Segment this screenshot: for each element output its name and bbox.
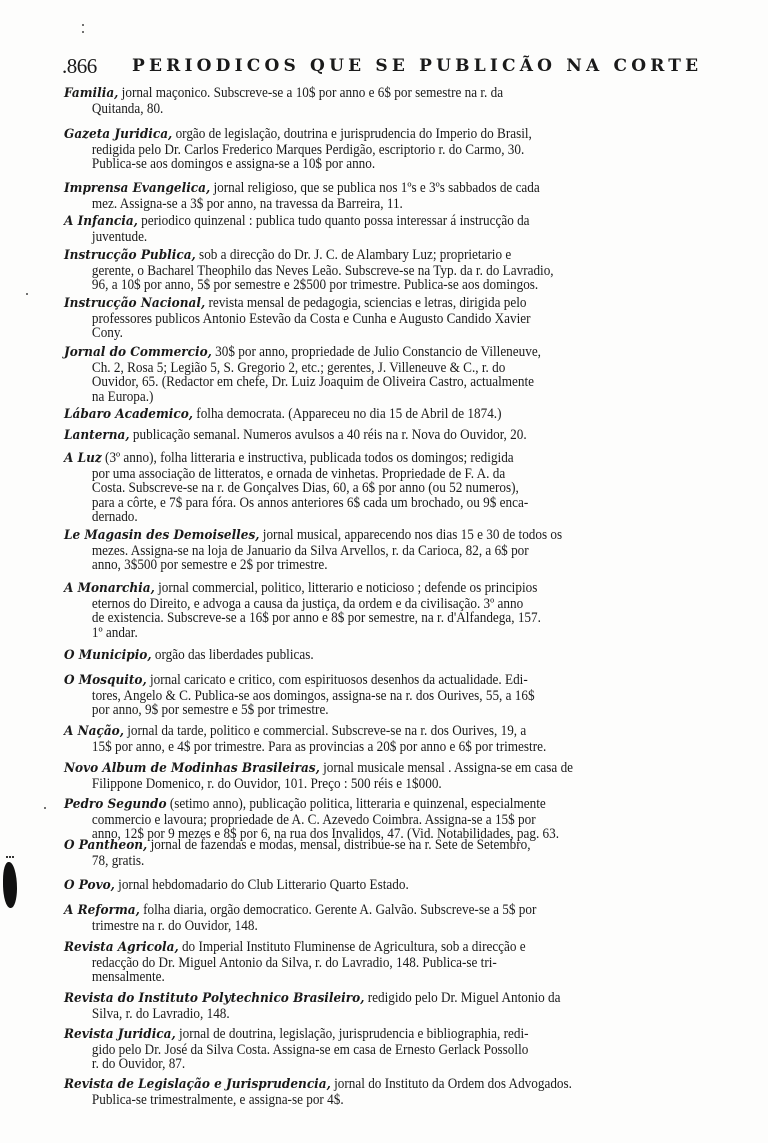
entry-text: mensalmente.	[92, 969, 165, 985]
periodical-title: A Reforma,	[64, 903, 140, 918]
periodical-entry: O Mosquito, jornal caricato e critico, c…	[64, 673, 709, 718]
entry-continuation-line: de existencia. Subscreve-se a 16$ por an…	[64, 611, 709, 626]
scanned-page: .866 PERIODICOS QUE SE PUBLICÃO NA CORTE…	[0, 0, 768, 1143]
entry-text: dernado.	[92, 509, 138, 525]
entry-continuation-line: tores, Angelo & C. Publica-se aos doming…	[64, 689, 709, 704]
periodical-entry: Revista de Legislação e Jurisprudencia, …	[64, 1077, 709, 1107]
entry-text: eternos do Direito, e advoga a causa da …	[92, 596, 523, 612]
entry-first-line: A Reforma, folha diaria, orgão democrati…	[64, 903, 709, 919]
periodical-title: A Monarchia,	[64, 581, 155, 596]
entry-continuation-line: 1º andar.	[64, 626, 709, 641]
entry-text: jornal musical, apparecendo nos dias 15 …	[259, 527, 562, 543]
entry-text: jornal hebdomadario do Club Litterario Q…	[115, 877, 409, 893]
entry-text: jornal caricato e critico, com espirituo…	[147, 672, 528, 688]
entry-text: Ch. 2, Rosa 5; Legião 5, S. Gregorio 2, …	[92, 360, 505, 376]
entry-text: Cony.	[92, 325, 123, 341]
periodical-title: Instrucção Nacional,	[64, 296, 205, 311]
entry-first-line: Revista do Instituto Polytechnico Brasil…	[64, 991, 709, 1007]
periodical-title: Pedro Segundo	[64, 797, 167, 812]
entry-text: jornal de fazendas e modas, mensal, dist…	[147, 837, 530, 853]
entry-text: r. do Ouvidor, 87.	[92, 1056, 185, 1072]
entry-text: mez. Assigna-se a 3$ por anno, na traves…	[92, 196, 403, 212]
entry-text: mezes. Assigna-se na loja de Januario da…	[92, 543, 529, 559]
entry-text: tores, Angelo & C. Publica-se aos doming…	[92, 688, 535, 704]
periodical-entry: O Pantheon, jornal de fazendas e modas, …	[64, 838, 709, 868]
entry-first-line: O Povo, jornal hebdomadario do Club Litt…	[64, 878, 709, 894]
entry-continuation-line: r. do Ouvidor, 87.	[64, 1057, 709, 1072]
entry-text: anno, 3$500 por semestre e 2$ por trimes…	[92, 557, 328, 573]
periodical-entry: Lanterna, publicação semanal. Numeros av…	[64, 428, 709, 444]
periodical-title: Revista Agricola,	[64, 940, 179, 955]
entry-text: (3º anno), folha litteraria e instructiv…	[102, 450, 514, 466]
entry-text: jornal da tarde, politico e commercial. …	[124, 723, 526, 739]
entry-first-line: Gazeta Juridica, orgão de legislação, do…	[64, 127, 709, 143]
entry-continuation-line: Quitanda, 80.	[64, 102, 709, 117]
entry-continuation-line: 96, a 10$ por anno, 5$ por semestre e 2$…	[64, 278, 709, 293]
entry-continuation-line: redacção do Dr. Miguel Antonio da Silva,…	[64, 956, 709, 971]
periodical-title: O Mosquito,	[64, 673, 147, 688]
entry-text: folha democrata. (Appareceu no dia 15 de…	[193, 406, 501, 422]
entry-continuation-line: Silva, r. do Lavradio, 148.	[64, 1007, 709, 1022]
entry-text: na Europa.)	[92, 389, 154, 405]
entry-text: Publica-se trimestralmente, e assigna-se…	[92, 1092, 344, 1108]
periodical-entry: Lábaro Academico, folha democrata. (Appa…	[64, 407, 709, 423]
entry-continuation-line: Publica-se aos domingos e assigna-se a 1…	[64, 157, 709, 172]
periodical-title: A Luz	[64, 451, 102, 466]
entry-first-line: Revista de Legislação e Jurisprudencia, …	[64, 1077, 709, 1093]
running-title: PERIODICOS QUE SE PUBLICÃO NA CORTE	[132, 56, 702, 76]
entry-text: sob a direcção do Dr. J. C. de Alambary …	[196, 247, 511, 263]
entry-first-line: O Municipio, orgão das liberdades public…	[64, 648, 709, 664]
periodical-title: Instrucção Publica,	[64, 248, 196, 263]
entry-text: juventude.	[92, 229, 147, 245]
entry-continuation-line: redigida pelo Dr. Carlos Frederico Marqu…	[64, 143, 709, 158]
entry-continuation-line: Ch. 2, Rosa 5; Legião 5, S. Gregorio 2, …	[64, 361, 709, 376]
entry-first-line: Le Magasin des Demoiselles, jornal music…	[64, 528, 709, 544]
dust-speck	[26, 293, 28, 295]
entry-text: jornal musicale mensal . Assigna-se em c…	[320, 760, 573, 776]
entry-first-line: A Nação, jornal da tarde, politico e com…	[64, 724, 709, 740]
periodical-entry: Novo Album de Modinhas Brasileiras, jorn…	[64, 761, 709, 791]
entry-text: folha diaria, orgão democratico. Gerente…	[140, 902, 537, 918]
entry-text: Publica-se aos domingos e assigna-se a 1…	[92, 156, 375, 172]
entry-continuation-line: dernado.	[64, 510, 709, 525]
entry-text: orgão de legislação, doutrina e jurispru…	[172, 126, 532, 142]
periodical-title: Novo Album de Modinhas Brasileiras,	[64, 761, 320, 776]
entry-text: trimestre na r. do Ouvidor, 148.	[92, 918, 258, 934]
periodical-entry: Familia, jornal maçonico. Subscreve-se a…	[64, 86, 709, 116]
periodical-entry: Revista Agricola, do Imperial Instituto …	[64, 940, 709, 985]
entry-continuation-line: Cony.	[64, 326, 709, 341]
entry-text: revista mensal de pedagogia, sciencias e…	[205, 295, 526, 311]
periodical-title: Revista de Legislação e Jurisprudencia,	[64, 1077, 331, 1092]
entry-continuation-line: na Europa.)	[64, 390, 709, 405]
entry-text: periodico quinzenal : publica tudo quant…	[138, 213, 530, 229]
entry-text: jornal religioso, que se publica nos 1ºs…	[210, 180, 540, 196]
entry-continuation-line: por uma associação de litteratos, e orna…	[64, 467, 709, 482]
entry-text: de existencia. Subscreve-se a 16$ por an…	[92, 610, 541, 626]
entry-continuation-line: Filippone Domenico, r. do Ouvidor, 101. …	[64, 777, 709, 792]
entry-continuation-line: commercio e lavoura; propriedade de A. C…	[64, 813, 709, 828]
entry-text: por uma associação de litteratos, e orna…	[92, 466, 505, 482]
entry-text: Quitanda, 80.	[92, 101, 163, 117]
entry-text: jornal commercial, politico, litterario …	[155, 580, 538, 596]
entry-first-line: Lábaro Academico, folha democrata. (Appa…	[64, 407, 709, 423]
periodical-title: O Pantheon,	[64, 838, 147, 853]
periodical-entry: O Povo, jornal hebdomadario do Club Litt…	[64, 878, 709, 894]
periodical-title: O Municipio,	[64, 648, 152, 663]
entry-text: Filippone Domenico, r. do Ouvidor, 101. …	[92, 776, 442, 792]
periodical-title: Revista Juridica,	[64, 1027, 176, 1042]
entry-text: jornal maçonico. Subscreve-se a 10$ por …	[118, 85, 503, 101]
periodical-entry: Revista Juridica, jornal de doutrina, le…	[64, 1027, 709, 1072]
dust-speck	[82, 31, 84, 33]
entry-continuation-line: Costa. Subscreve-se na r. de Gonçalves D…	[64, 481, 709, 496]
periodical-title: Lábaro Academico,	[64, 407, 193, 422]
entry-continuation-line: por anno, 9$ por semestre e 5$ por trime…	[64, 703, 709, 718]
page-header: .866 PERIODICOS QUE SE PUBLICÃO NA CORTE	[62, 54, 662, 78]
entry-text: orgão das liberdades publicas.	[152, 647, 314, 663]
entry-first-line: O Mosquito, jornal caricato e critico, c…	[64, 673, 709, 689]
entry-first-line: A Monarchia, jornal commercial, politico…	[64, 581, 709, 597]
periodical-title: Familia,	[64, 86, 118, 101]
entry-first-line: A Infancia, periodico quinzenal : public…	[64, 214, 709, 230]
entry-first-line: A Luz (3º anno), folha litteraria e inst…	[64, 451, 709, 467]
periodical-title: Revista do Instituto Polytechnico Brasil…	[64, 991, 364, 1006]
dust-speck	[82, 24, 84, 26]
entry-first-line: Lanterna, publicação semanal. Numeros av…	[64, 428, 709, 444]
entry-text: por anno, 9$ por semestre e 5$ por trime…	[92, 702, 329, 718]
entry-text: publicação semanal. Numeros avulsos a 40…	[130, 427, 527, 443]
periodical-entry: O Municipio, orgão das liberdades public…	[64, 648, 709, 664]
periodical-entry: A Nação, jornal da tarde, politico e com…	[64, 724, 709, 754]
entry-text: jornal de doutrina, legislação, jurispru…	[176, 1026, 529, 1042]
entry-continuation-line: Publica-se trimestralmente, e assigna-se…	[64, 1093, 709, 1108]
periodical-entry: Le Magasin des Demoiselles, jornal music…	[64, 528, 709, 573]
periodical-entry: A Infancia, periodico quinzenal : public…	[64, 214, 709, 244]
periodical-entry: Revista do Instituto Polytechnico Brasil…	[64, 991, 709, 1021]
entry-continuation-line: gido pelo Dr. José da Silva Costa. Assig…	[64, 1043, 709, 1058]
periodical-entry: A Reforma, folha diaria, orgão democrati…	[64, 903, 709, 933]
entry-first-line: Revista Agricola, do Imperial Instituto …	[64, 940, 709, 956]
periodical-entry: Instrucção Publica, sob a direcção do Dr…	[64, 248, 709, 293]
entry-continuation-line: gerente, o Bacharel Theophilo das Neves …	[64, 264, 709, 279]
periodical-entry: A Luz (3º anno), folha litteraria e inst…	[64, 451, 709, 525]
entry-text: Costa. Subscreve-se na r. de Gonçalves D…	[92, 480, 519, 496]
entry-text: redigida pelo Dr. Carlos Frederico Marqu…	[92, 142, 524, 158]
dust-speck	[44, 807, 46, 809]
entry-first-line: Novo Album de Modinhas Brasileiras, jorn…	[64, 761, 709, 777]
entry-text: (setimo anno), publicação politica, litt…	[167, 796, 546, 812]
entry-text: jornal do Instituto da Ordem dos Advogad…	[331, 1076, 572, 1092]
entry-first-line: Pedro Segundo (setimo anno), publicação …	[64, 797, 709, 813]
periodical-title: Gazeta Juridica,	[64, 127, 172, 142]
entry-text: Silva, r. do Lavradio, 148.	[92, 1006, 230, 1022]
periodical-entry: Gazeta Juridica, orgão de legislação, do…	[64, 127, 709, 172]
entry-text: gerente, o Bacharel Theophilo das Neves …	[92, 263, 554, 279]
entry-continuation-line: professores publicos Antonio Estevão da …	[64, 312, 709, 327]
entry-first-line: Familia, jornal maçonico. Subscreve-se a…	[64, 86, 709, 102]
periodical-entry: Jornal do Commercio, 30$ por anno, propr…	[64, 345, 709, 404]
entry-continuation-line: mezes. Assigna-se na loja de Januario da…	[64, 544, 709, 559]
entry-text: 15$ por anno, e 4$ por trimestre. Para a…	[92, 739, 546, 755]
periodical-title: A Nação,	[64, 724, 124, 739]
ink-blot-mark	[3, 862, 17, 908]
periodical-title: Imprensa Evangelica,	[64, 181, 210, 196]
periodical-title: Le Magasin des Demoiselles,	[64, 528, 259, 543]
entry-text: para a côrte, e 7$ para fóra. Os annos a…	[92, 495, 528, 511]
entry-text: commercio e lavoura; propriedade de A. C…	[92, 812, 536, 828]
entry-first-line: Imprensa Evangelica, jornal religioso, q…	[64, 181, 709, 197]
entry-first-line: Instrucção Nacional, revista mensal de p…	[64, 296, 709, 312]
periodical-title: Jornal do Commercio,	[64, 345, 212, 360]
entry-continuation-line: juventude.	[64, 230, 709, 245]
periodical-entry: A Monarchia, jornal commercial, politico…	[64, 581, 709, 640]
entry-text: 96, a 10$ por anno, 5$ por semestre e 2$…	[92, 277, 538, 293]
entry-first-line: Revista Juridica, jornal de doutrina, le…	[64, 1027, 709, 1043]
entry-text: redigido pelo Dr. Miguel Antonio da	[364, 990, 560, 1006]
entry-first-line: O Pantheon, jornal de fazendas e modas, …	[64, 838, 709, 854]
entry-text: 78, gratis.	[92, 853, 144, 869]
entry-continuation-line: 78, gratis.	[64, 854, 709, 869]
entry-continuation-line: eternos do Direito, e advoga a causa da …	[64, 597, 709, 612]
periodical-entry: Pedro Segundo (setimo anno), publicação …	[64, 797, 709, 842]
periodical-title: O Povo,	[64, 878, 115, 893]
entry-continuation-line: anno, 3$500 por semestre e 2$ por trimes…	[64, 558, 709, 573]
periodical-title: Lanterna,	[64, 428, 130, 443]
entry-text: do Imperial Instituto Fluminense de Agri…	[179, 939, 526, 955]
periodical-entry: Imprensa Evangelica, jornal religioso, q…	[64, 181, 709, 211]
entry-text: professores publicos Antonio Estevão da …	[92, 311, 531, 327]
entry-continuation-line: trimestre na r. do Ouvidor, 148.	[64, 919, 709, 934]
entry-continuation-line: 15$ por anno, e 4$ por trimestre. Para a…	[64, 740, 709, 755]
periodical-entry: Instrucção Nacional, revista mensal de p…	[64, 296, 709, 341]
entry-continuation-line: para a côrte, e 7$ para fóra. Os annos a…	[64, 496, 709, 511]
entry-text: 1º andar.	[92, 625, 138, 641]
entry-first-line: Instrucção Publica, sob a direcção do Dr…	[64, 248, 709, 264]
entry-text: redacção do Dr. Miguel Antonio da Silva,…	[92, 955, 497, 971]
entry-continuation-line: Ouvidor, 65. (Redactor em chefe, Dr. Lui…	[64, 375, 709, 390]
periodical-title: A Infancia,	[64, 214, 138, 229]
page-number: .866	[62, 54, 97, 79]
entry-text: 30$ por anno, propriedade de Julio Const…	[212, 344, 541, 360]
entry-continuation-line: mez. Assigna-se a 3$ por anno, na traves…	[64, 197, 709, 212]
entry-text: gido pelo Dr. José da Silva Costa. Assig…	[92, 1042, 528, 1058]
entry-first-line: Jornal do Commercio, 30$ por anno, propr…	[64, 345, 709, 361]
entry-continuation-line: mensalmente.	[64, 970, 709, 985]
entry-text: Ouvidor, 65. (Redactor em chefe, Dr. Lui…	[92, 374, 534, 390]
